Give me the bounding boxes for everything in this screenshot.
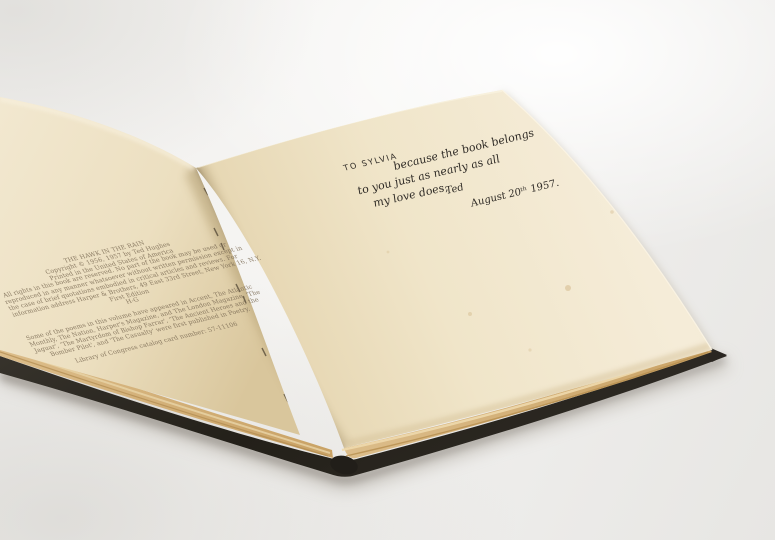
inscription-date: August 20ᵗʰ 1957. [469, 178, 560, 209]
inscription-salutation: TO SYLVIA [342, 152, 398, 173]
photo-open-book: THE HAWK IN THE RAIN Copyright © 1956, 1… [0, 0, 775, 540]
inscription-signature: Ted [444, 182, 465, 196]
